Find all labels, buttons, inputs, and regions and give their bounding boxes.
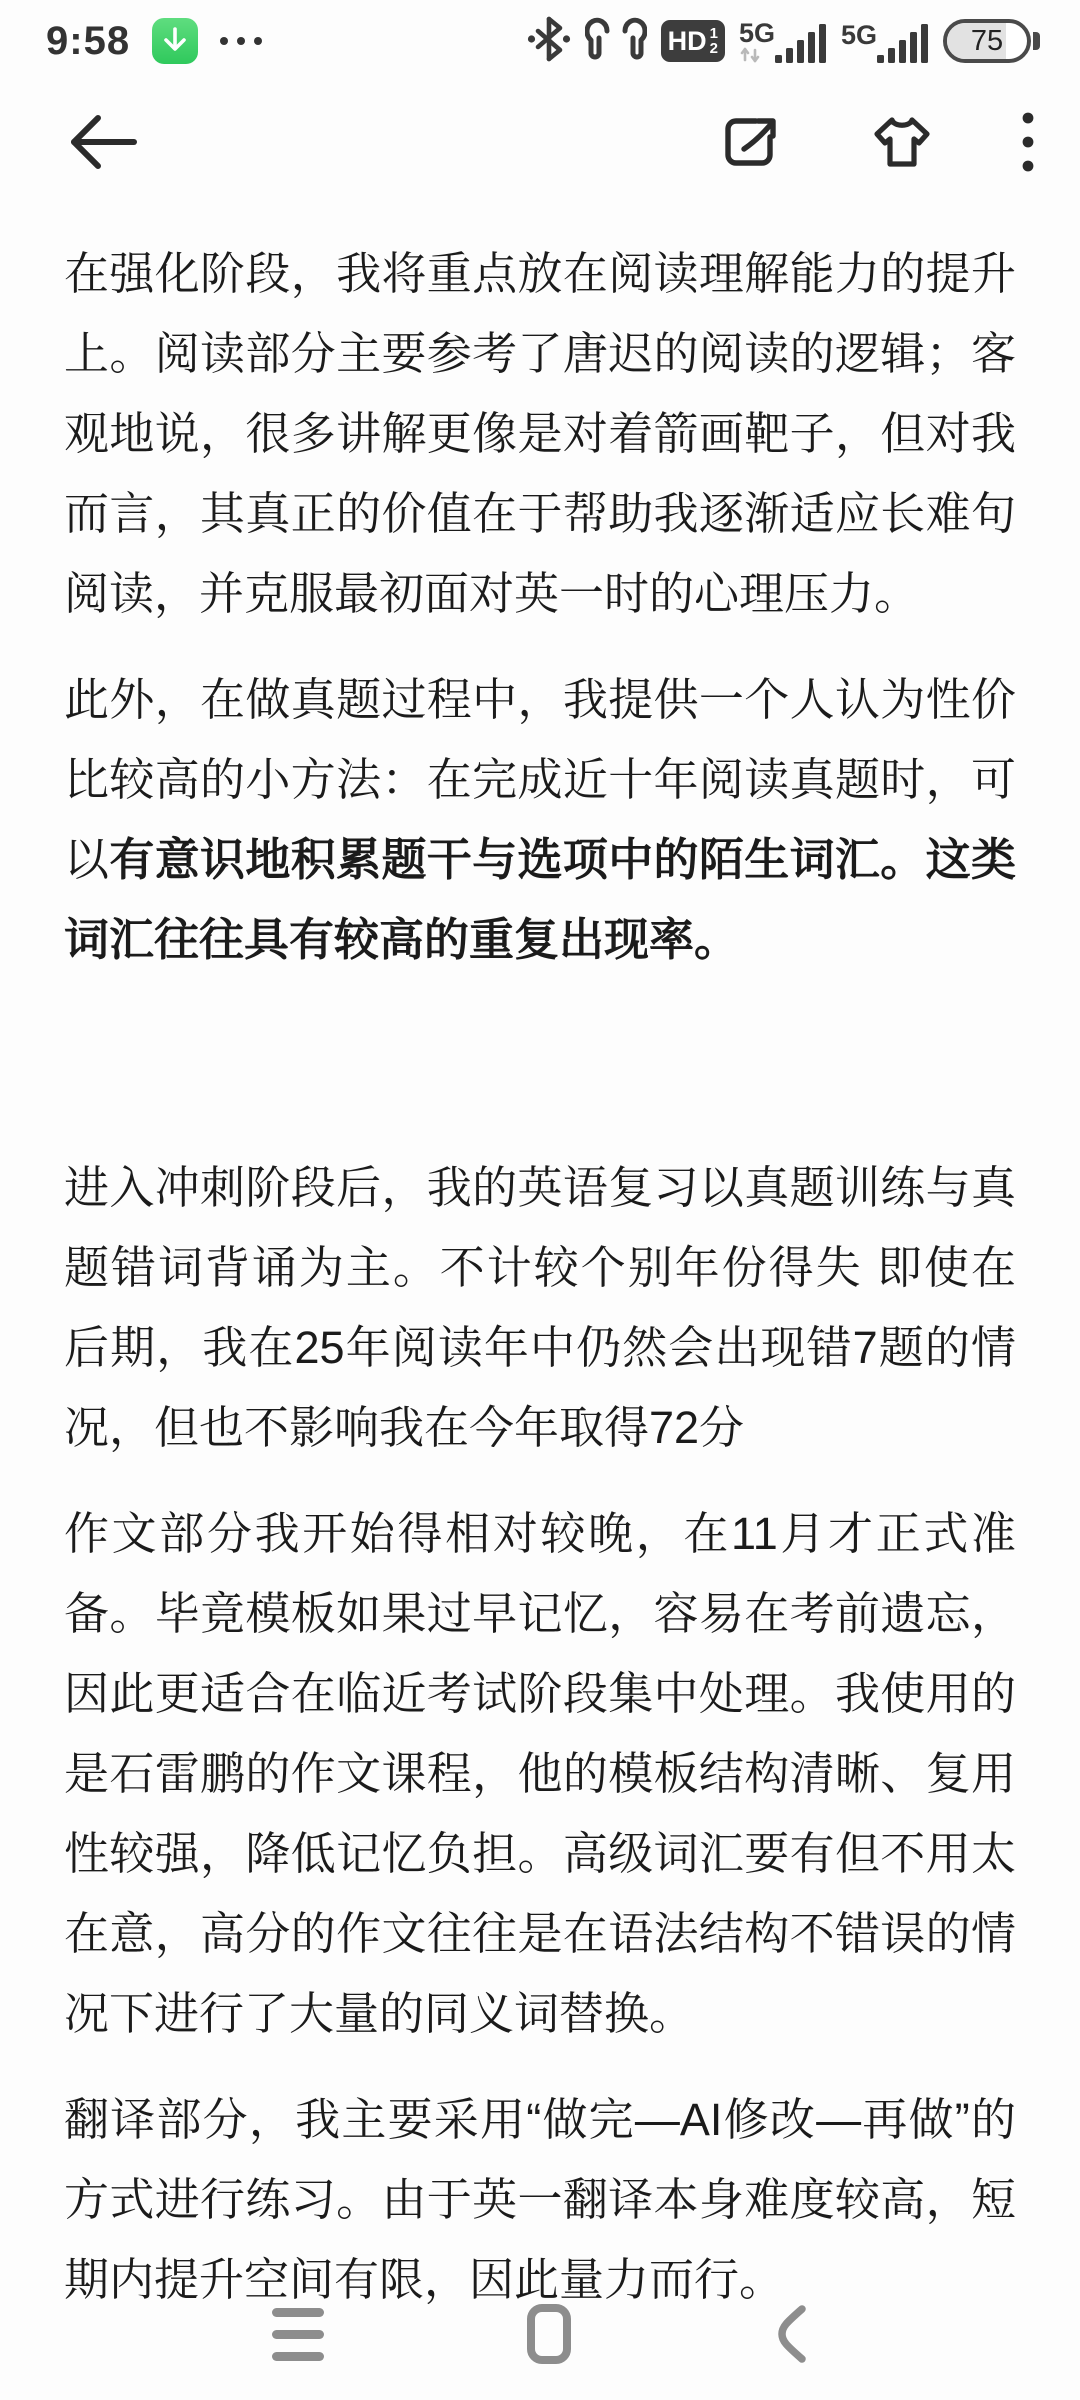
bluetooth-icon xyxy=(527,15,571,68)
kebab-menu-icon[interactable] xyxy=(1022,111,1034,173)
share-icon[interactable] xyxy=(720,111,782,173)
back-arrow-icon[interactable] xyxy=(64,111,142,173)
clock: 9:58 xyxy=(46,19,130,64)
recents-icon[interactable] xyxy=(272,2308,324,2361)
earbuds-icon xyxy=(585,16,647,67)
paragraph: 作文部分我开始得相对较晚，在11月才正式准备。毕竟模板如果过早记忆，容易在考前遗… xyxy=(64,1494,1016,2054)
download-complete-icon xyxy=(152,18,198,64)
tshirt-icon[interactable] xyxy=(870,114,934,170)
paragraph-bold-text: 有意识地积累题干与选项中的陌生词汇。这类词汇往往具有较高的重复出现率。 xyxy=(64,834,1016,965)
article-body: 在强化阶段，我将重点放在阅读理解能力的提升上。阅读部分主要参考了唐迟的阅读的逻辑… xyxy=(0,190,1080,2320)
app-toolbar xyxy=(0,94,1080,190)
hd-volte-badge: HD 1 2 xyxy=(661,20,725,62)
back-icon[interactable] xyxy=(774,2303,808,2365)
signal-sim2-icon: 5G xyxy=(841,19,929,63)
signal-sim1-icon: 5G xyxy=(739,19,827,63)
paragraph: 在强化阶段，我将重点放在阅读理解能力的提升上。阅读部分主要参考了唐迟的阅读的逻辑… xyxy=(64,234,1016,634)
paragraph: 此外，在做真题过程中，我提供一个人认为性价比较高的小方法：在完成近十年阅读真题时… xyxy=(64,660,1016,980)
status-bar: 9:58 xyxy=(0,0,1080,72)
paragraph-spacer xyxy=(64,1006,1016,1148)
system-navigation-bar xyxy=(0,2286,1080,2382)
battery-icon: 75 xyxy=(943,19,1040,63)
paragraph: 翻译部分，我主要采用“做完—AI修改—再做”的方式进行练习。由于英一翻译本身难度… xyxy=(64,2080,1016,2320)
home-icon[interactable] xyxy=(526,2303,572,2365)
more-notifications-icon xyxy=(220,37,262,45)
paragraph: 进入冲刺阶段后，我的英语复习以真题训练与真题错词背诵为主。不计较个别年份得失 即… xyxy=(64,1148,1016,1468)
